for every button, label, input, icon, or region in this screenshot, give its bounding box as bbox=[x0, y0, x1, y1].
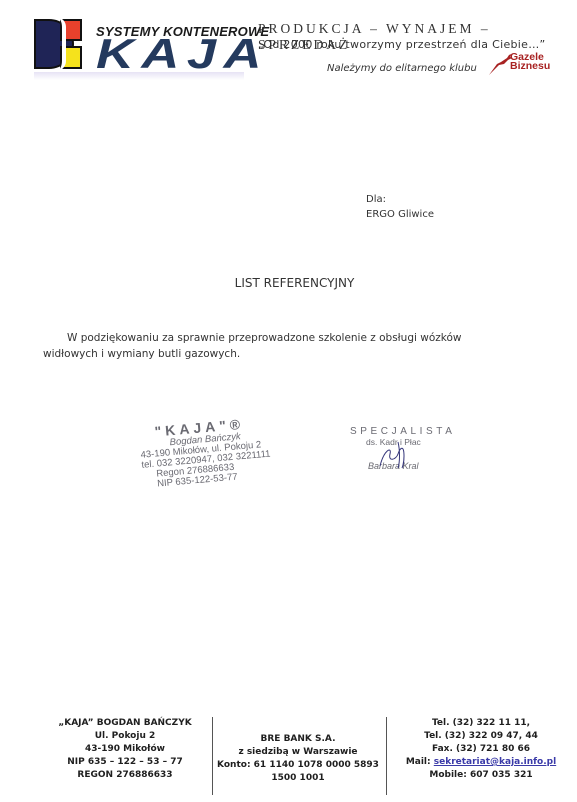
mail-label: Mail: bbox=[406, 757, 434, 767]
footer-bank-account-cont: 1500 1001 bbox=[212, 772, 384, 785]
footer-mobile: Mobile: 607 035 321 bbox=[386, 769, 576, 782]
footer-company-street: Ul. Pokoju 2 bbox=[40, 730, 210, 743]
brand-name: KAJA bbox=[96, 33, 269, 75]
footer-bank-account: Konto: 61 1140 1078 0000 5893 bbox=[212, 759, 384, 772]
footer-company-regon: REGON 276886633 bbox=[40, 769, 210, 782]
recipient-label: Dla: bbox=[366, 192, 434, 207]
specialist-title: SPECJALISTA bbox=[350, 426, 456, 437]
footer-company-name: „KAJA” BOGDAN BAŃCZYK bbox=[40, 717, 210, 730]
logo-white-arc bbox=[56, 17, 66, 71]
footer-tel-2: Tel. (32) 322 09 47, 44 bbox=[386, 730, 576, 743]
footer-bank-name: BRE BANK S.A. bbox=[212, 733, 384, 746]
badge-line-2: Biznesu bbox=[510, 62, 550, 71]
company-stamp: "KAJA"® Bogdan Bańczyk 43-190 Mikołów, u… bbox=[138, 412, 294, 495]
recipient-name: ERGO Gliwice bbox=[366, 207, 434, 222]
footer-company-city: 43-190 Mikołów bbox=[40, 743, 210, 756]
kaja-logo-icon bbox=[34, 19, 82, 71]
document-body: W podziękowaniu za sprawnie przeprowadzo… bbox=[43, 330, 483, 362]
email-link[interactable]: sekretariat@kaja.info.pl bbox=[434, 757, 556, 767]
document-title: LIST REFERENCYJNY bbox=[0, 276, 577, 290]
footer-company-nip: NIP 635 – 122 – 53 – 77 bbox=[40, 756, 210, 769]
footer-mail: Mail: sekretariat@kaja.info.pl bbox=[386, 756, 576, 769]
recipient-block: Dla: ERGO Gliwice bbox=[366, 192, 434, 222]
footer-contact: Tel. (32) 322 11 11, Tel. (32) 322 09 47… bbox=[386, 717, 576, 782]
footer-bank-seat: z siedzibą w Warszawie bbox=[212, 746, 384, 759]
gazele-biznesu-badge: Gazele Biznesu bbox=[510, 53, 550, 71]
club-membership-text: Należymy do elitarnego klubu bbox=[327, 63, 477, 74]
footer-tel-1: Tel. (32) 322 11 11, bbox=[386, 717, 576, 730]
slogan: „Od 2000 roku tworzymy przestrzeń dla Ci… bbox=[258, 38, 546, 51]
signature-icon bbox=[378, 440, 418, 470]
document-title-text: LIST REFERENCYJNY bbox=[235, 276, 355, 290]
footer-bank: BRE BANK S.A. z siedzibą w Warszawie Kon… bbox=[212, 733, 384, 785]
footer-fax: Fax. (32) 721 80 66 bbox=[386, 743, 576, 756]
footer-company: „KAJA” BOGDAN BAŃCZYK Ul. Pokoju 2 43-19… bbox=[40, 717, 210, 782]
